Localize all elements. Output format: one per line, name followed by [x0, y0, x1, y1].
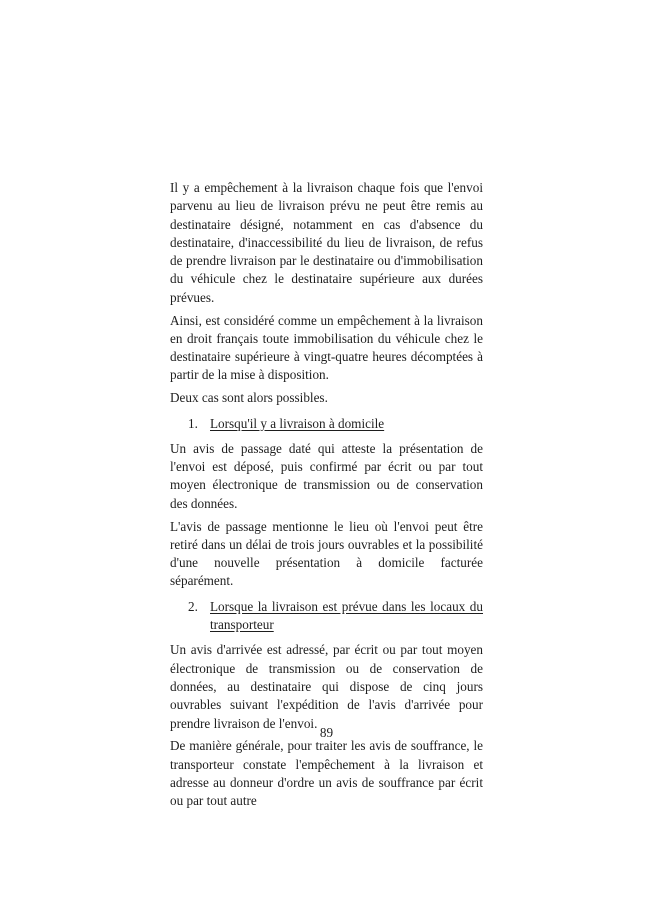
paragraph-avis-souffrance: De manière générale, pour traiter les av… — [170, 737, 483, 810]
page-number: 89 — [170, 724, 483, 742]
list-heading-livraison-domicile: Lorsqu'il y a livraison à domicile — [210, 416, 384, 431]
list-heading-locaux-transporteur: Lorsque la livraison est prévue dans les… — [210, 599, 483, 632]
paragraph-deux-cas: Deux cas sont alors possibles. — [170, 389, 483, 407]
paragraph-droit-francais: Ainsi, est considéré comme un empêchemen… — [170, 312, 483, 385]
paragraph-avis-de-passage: Un avis de passage daté qui atteste la p… — [170, 440, 483, 513]
list-item-locaux-transporteur: 2. Lorsque la livraison est prévue dans … — [170, 598, 483, 635]
paragraph-avis-passage-delai: L'avis de passage mentionne le lieu où l… — [170, 518, 483, 591]
paragraph-avis-arrivee: Un avis d'arrivée est adressé, par écrit… — [170, 641, 483, 732]
paragraph-intro-empechement: Il y a empêchement à la livraison chaque… — [170, 179, 483, 307]
list-item-livraison-domicile: 1. Lorsqu'il y a livraison à domicile — [170, 415, 483, 433]
list-marker-2: 2. — [188, 598, 198, 616]
list-marker-1: 1. — [188, 415, 198, 433]
text-column: Il y a empêchement à la livraison chaque… — [170, 179, 483, 815]
document-page: Il y a empêchement à la livraison chaque… — [0, 0, 650, 920]
